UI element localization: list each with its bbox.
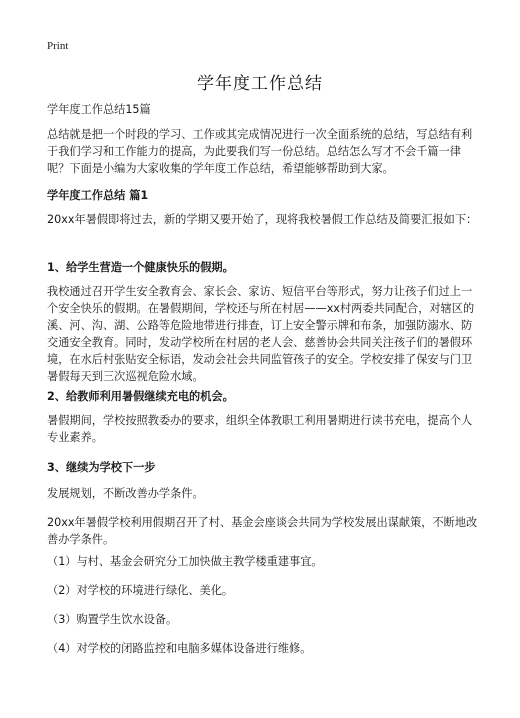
- paragraph-3: 暑假期间，学校按照教委办的要求，组织全体教职工利用暑期进行读书充电，提高个人专业…: [47, 412, 483, 446]
- page-title: 学年度工作总结: [0, 69, 520, 94]
- list-item: （3）购置学生饮水设备。: [47, 611, 483, 628]
- list-item: （4）对学校的闭路监控和电脑多媒体设备进行维修。: [47, 640, 483, 657]
- paragraph-4: 发展规划，不断改善办学条件。: [47, 485, 483, 502]
- list-item: （1）与村、基金会研究分工加快做主教学楼重建事宜。: [47, 553, 483, 570]
- article-heading: 学年度工作总结 篇1: [47, 187, 483, 204]
- section-3-heading: 3、继续为学校下一步: [47, 459, 483, 476]
- section-2-heading: 2、给教师利用暑假继续充电的机会。: [47, 388, 483, 405]
- paragraph-2: 我校通过召开学生安全教育会、家长会、家访、短信平台等形式，努力让孩子们过上一个安…: [47, 283, 483, 385]
- document-subtitle: 学年度工作总结15篇: [47, 101, 483, 118]
- print-label: Print: [47, 40, 68, 52]
- section-1-heading: 1、给学生营造一个健康快乐的假期。: [47, 259, 483, 276]
- paragraph-5: 20xx年暑假学校利用假期召开了村、基金会座谈会共同为学校发展出谋献策，不断地改…: [47, 514, 483, 548]
- list-item: （2）对学校的环境进行绿化、美化。: [47, 582, 483, 599]
- document-page: Print 学年度工作总结 学年度工作总结15篇 总结就是把一个时段的学习、工作…: [0, 0, 520, 718]
- paragraph-1: 20xx年暑假即将过去，新的学期又要开始了，现将我校暑假工作总结及简要汇报如下：: [47, 211, 483, 228]
- intro-paragraph: 总结就是把一个时段的学习、工作或其完成情况进行一次全面系统的总结，写总结有利于我…: [47, 126, 483, 177]
